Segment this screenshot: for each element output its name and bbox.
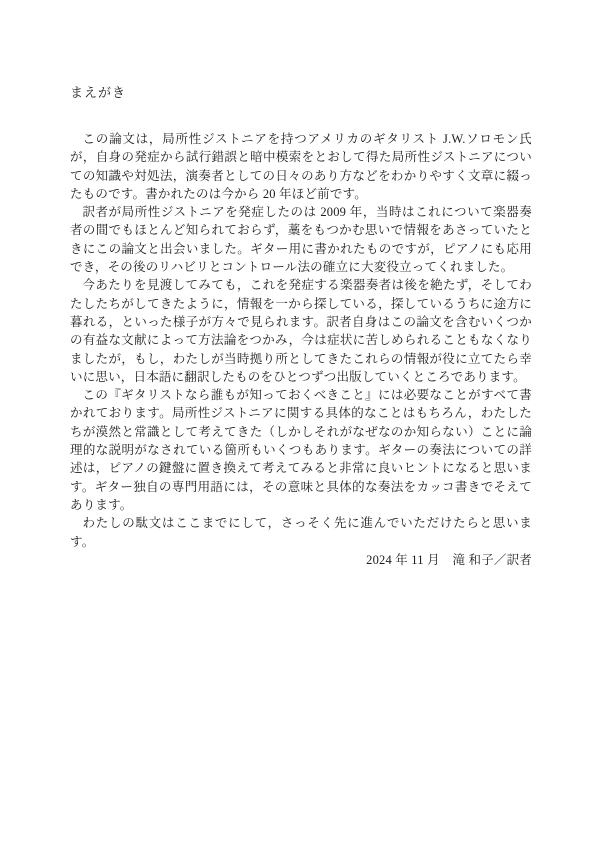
- document-page: まえがき この論文は，局所性ジストニアを持つアメリカのギタリスト J.W.ソロモ…: [0, 0, 600, 848]
- paragraph-3: 今あたりを見渡してみても，これを発症する楽器奏者は後を絶たず，そしてわたしたちが…: [70, 276, 532, 386]
- page-title: まえがき: [70, 84, 532, 102]
- paragraph-4: この『ギタリストなら誰もが知っておくべきこと』には必要なことがすべて書かれており…: [70, 386, 532, 514]
- paragraph-2: 訳者が局所性ジストニアを発症したのは 2009 年，当時はこれについて楽器奏者の…: [70, 203, 532, 276]
- document-content: まえがき この論文は，局所性ジストニアを持つアメリカのギタリスト J.W.ソロモ…: [70, 84, 532, 569]
- signature-line: 2024 年 11 月 滝 和子／訳者: [70, 551, 532, 569]
- paragraph-5: わたしの駄文はここまでにして，さっそく先に進んでいただけたらと思います。: [70, 514, 532, 551]
- paragraph-1: この論文は，局所性ジストニアを持つアメリカのギタリスト J.W.ソロモン氏が，自…: [70, 130, 532, 203]
